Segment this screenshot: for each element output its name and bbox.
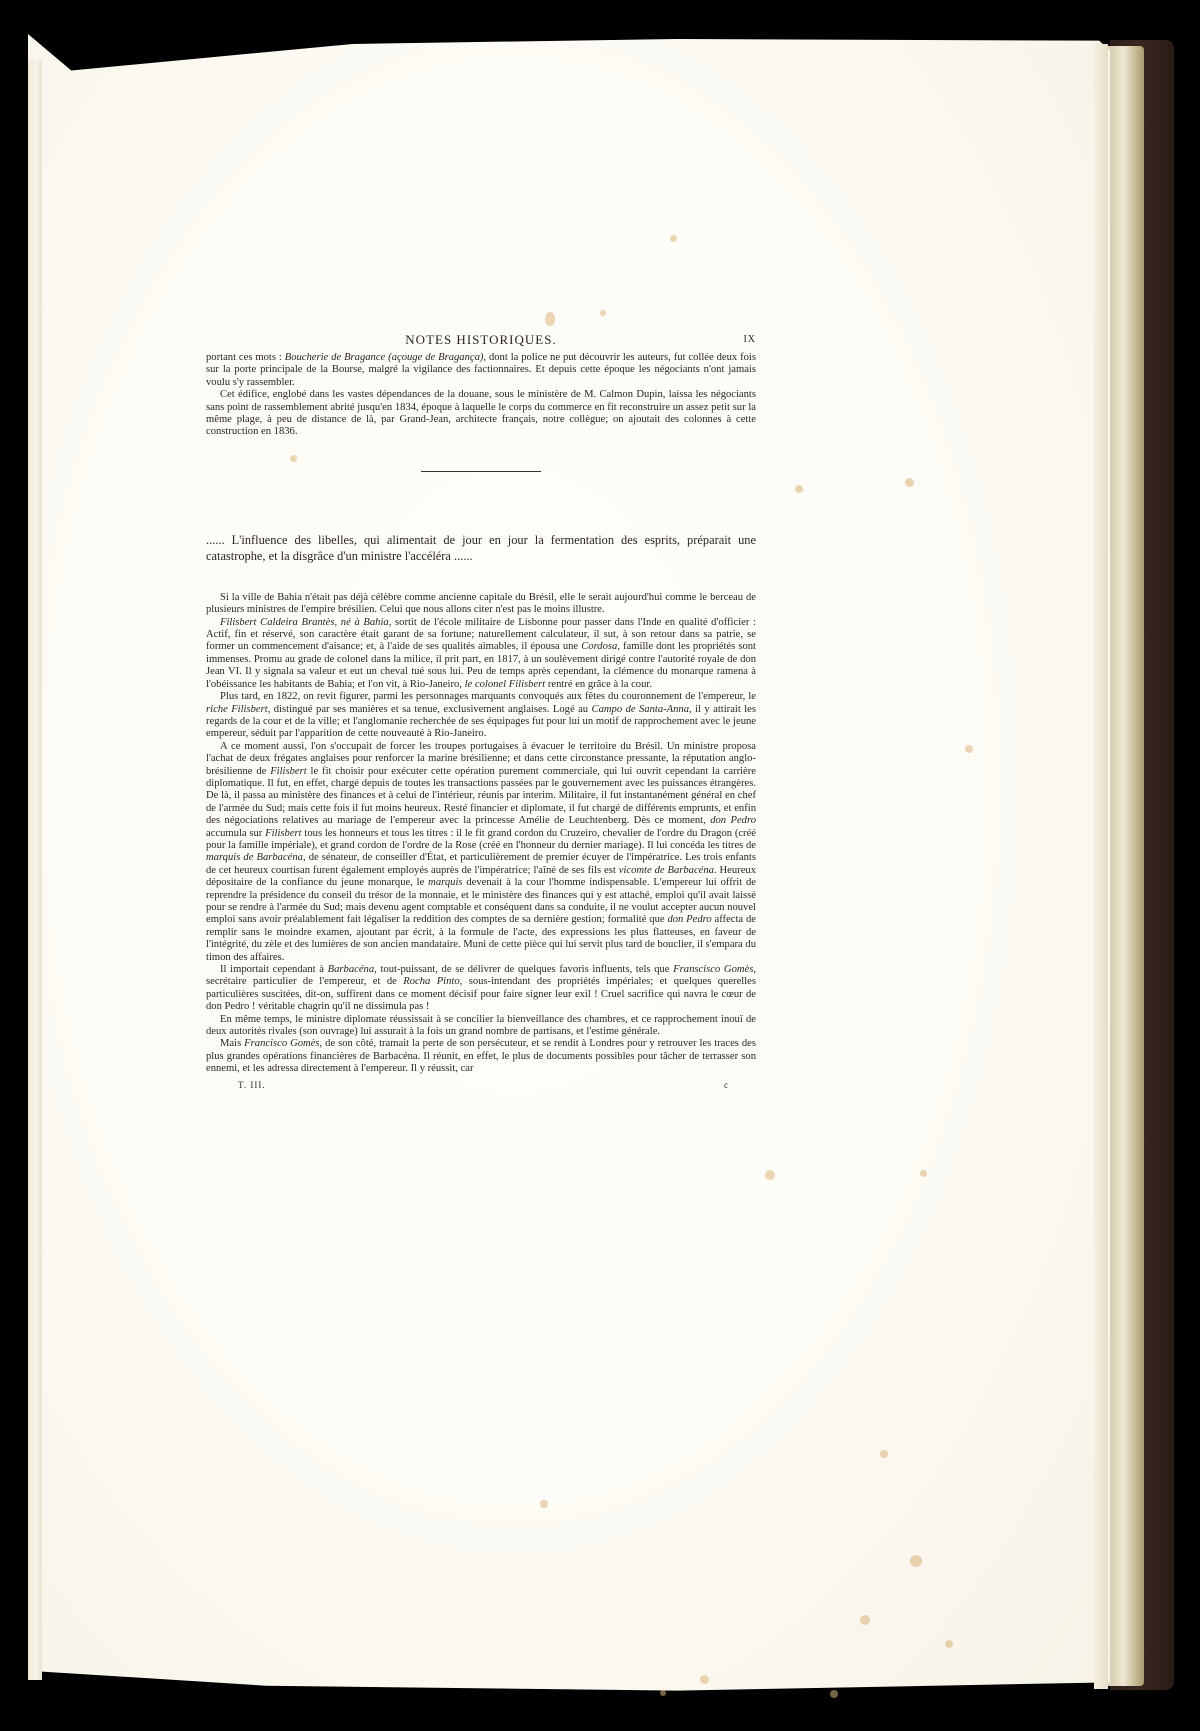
paragraph: Plus tard, en 1822, on revit figurer, pa… <box>206 691 756 741</box>
foxing-spot <box>860 1615 870 1625</box>
foxing-spot <box>830 1690 838 1698</box>
foxing-spot <box>540 1500 548 1508</box>
paragraph: Filisbert Caldeira Brantès, né à Bahia, … <box>206 617 756 691</box>
section-divider <box>421 471 541 472</box>
paragraph: Cet édifice, englobé dans les vastes dép… <box>206 389 756 439</box>
page-footer: T. III. c <box>206 1080 756 1094</box>
foxing-spot <box>660 1690 666 1696</box>
running-head: NOTES HISTORIQUES. IX <box>206 332 756 350</box>
foxing-spot <box>910 1555 922 1567</box>
paragraph: A ce moment aussi, l'on s'occupait de fo… <box>206 741 756 964</box>
foxing-spot <box>945 1640 953 1648</box>
page-gutter <box>28 60 42 1680</box>
foxing-spot <box>765 1170 775 1180</box>
paragraph: Il importait cependant à Barbacéna, tout… <box>206 964 756 1014</box>
gathering-mark: c <box>724 1080 728 1090</box>
foxing-spot <box>965 745 973 753</box>
foxing-spot <box>880 1450 888 1458</box>
foxing-spot <box>670 235 677 242</box>
main-section: Si la ville de Bahia n'était pas déjà cé… <box>206 592 756 1076</box>
foxing-spot <box>545 312 555 326</box>
foxing-spot <box>795 485 803 493</box>
running-title: NOTES HISTORIQUES. <box>206 332 756 348</box>
paragraph: Mais Francisco Gomès, de son côté, trama… <box>206 1038 756 1075</box>
volume-signature: T. III. <box>238 1080 266 1090</box>
epigraph: ...... L'influence des libelles, qui ali… <box>206 532 756 564</box>
foxing-spot <box>905 478 914 487</box>
page-fore-edge <box>1094 44 1108 1689</box>
paragraph: Si la ville de Bahia n'était pas déjà cé… <box>206 592 756 617</box>
page-number: IX <box>743 334 756 345</box>
foxing-spot <box>700 1675 709 1684</box>
foxing-spot <box>600 310 606 316</box>
paragraph: En même temps, le ministre diplomate réu… <box>206 1014 756 1039</box>
paragraph-continuation: portant ces mots : Boucherie de Bragance… <box>206 352 756 389</box>
foxing-spot <box>920 1170 927 1177</box>
text-block: NOTES HISTORIQUES. IX portant ces mots :… <box>206 332 756 1094</box>
